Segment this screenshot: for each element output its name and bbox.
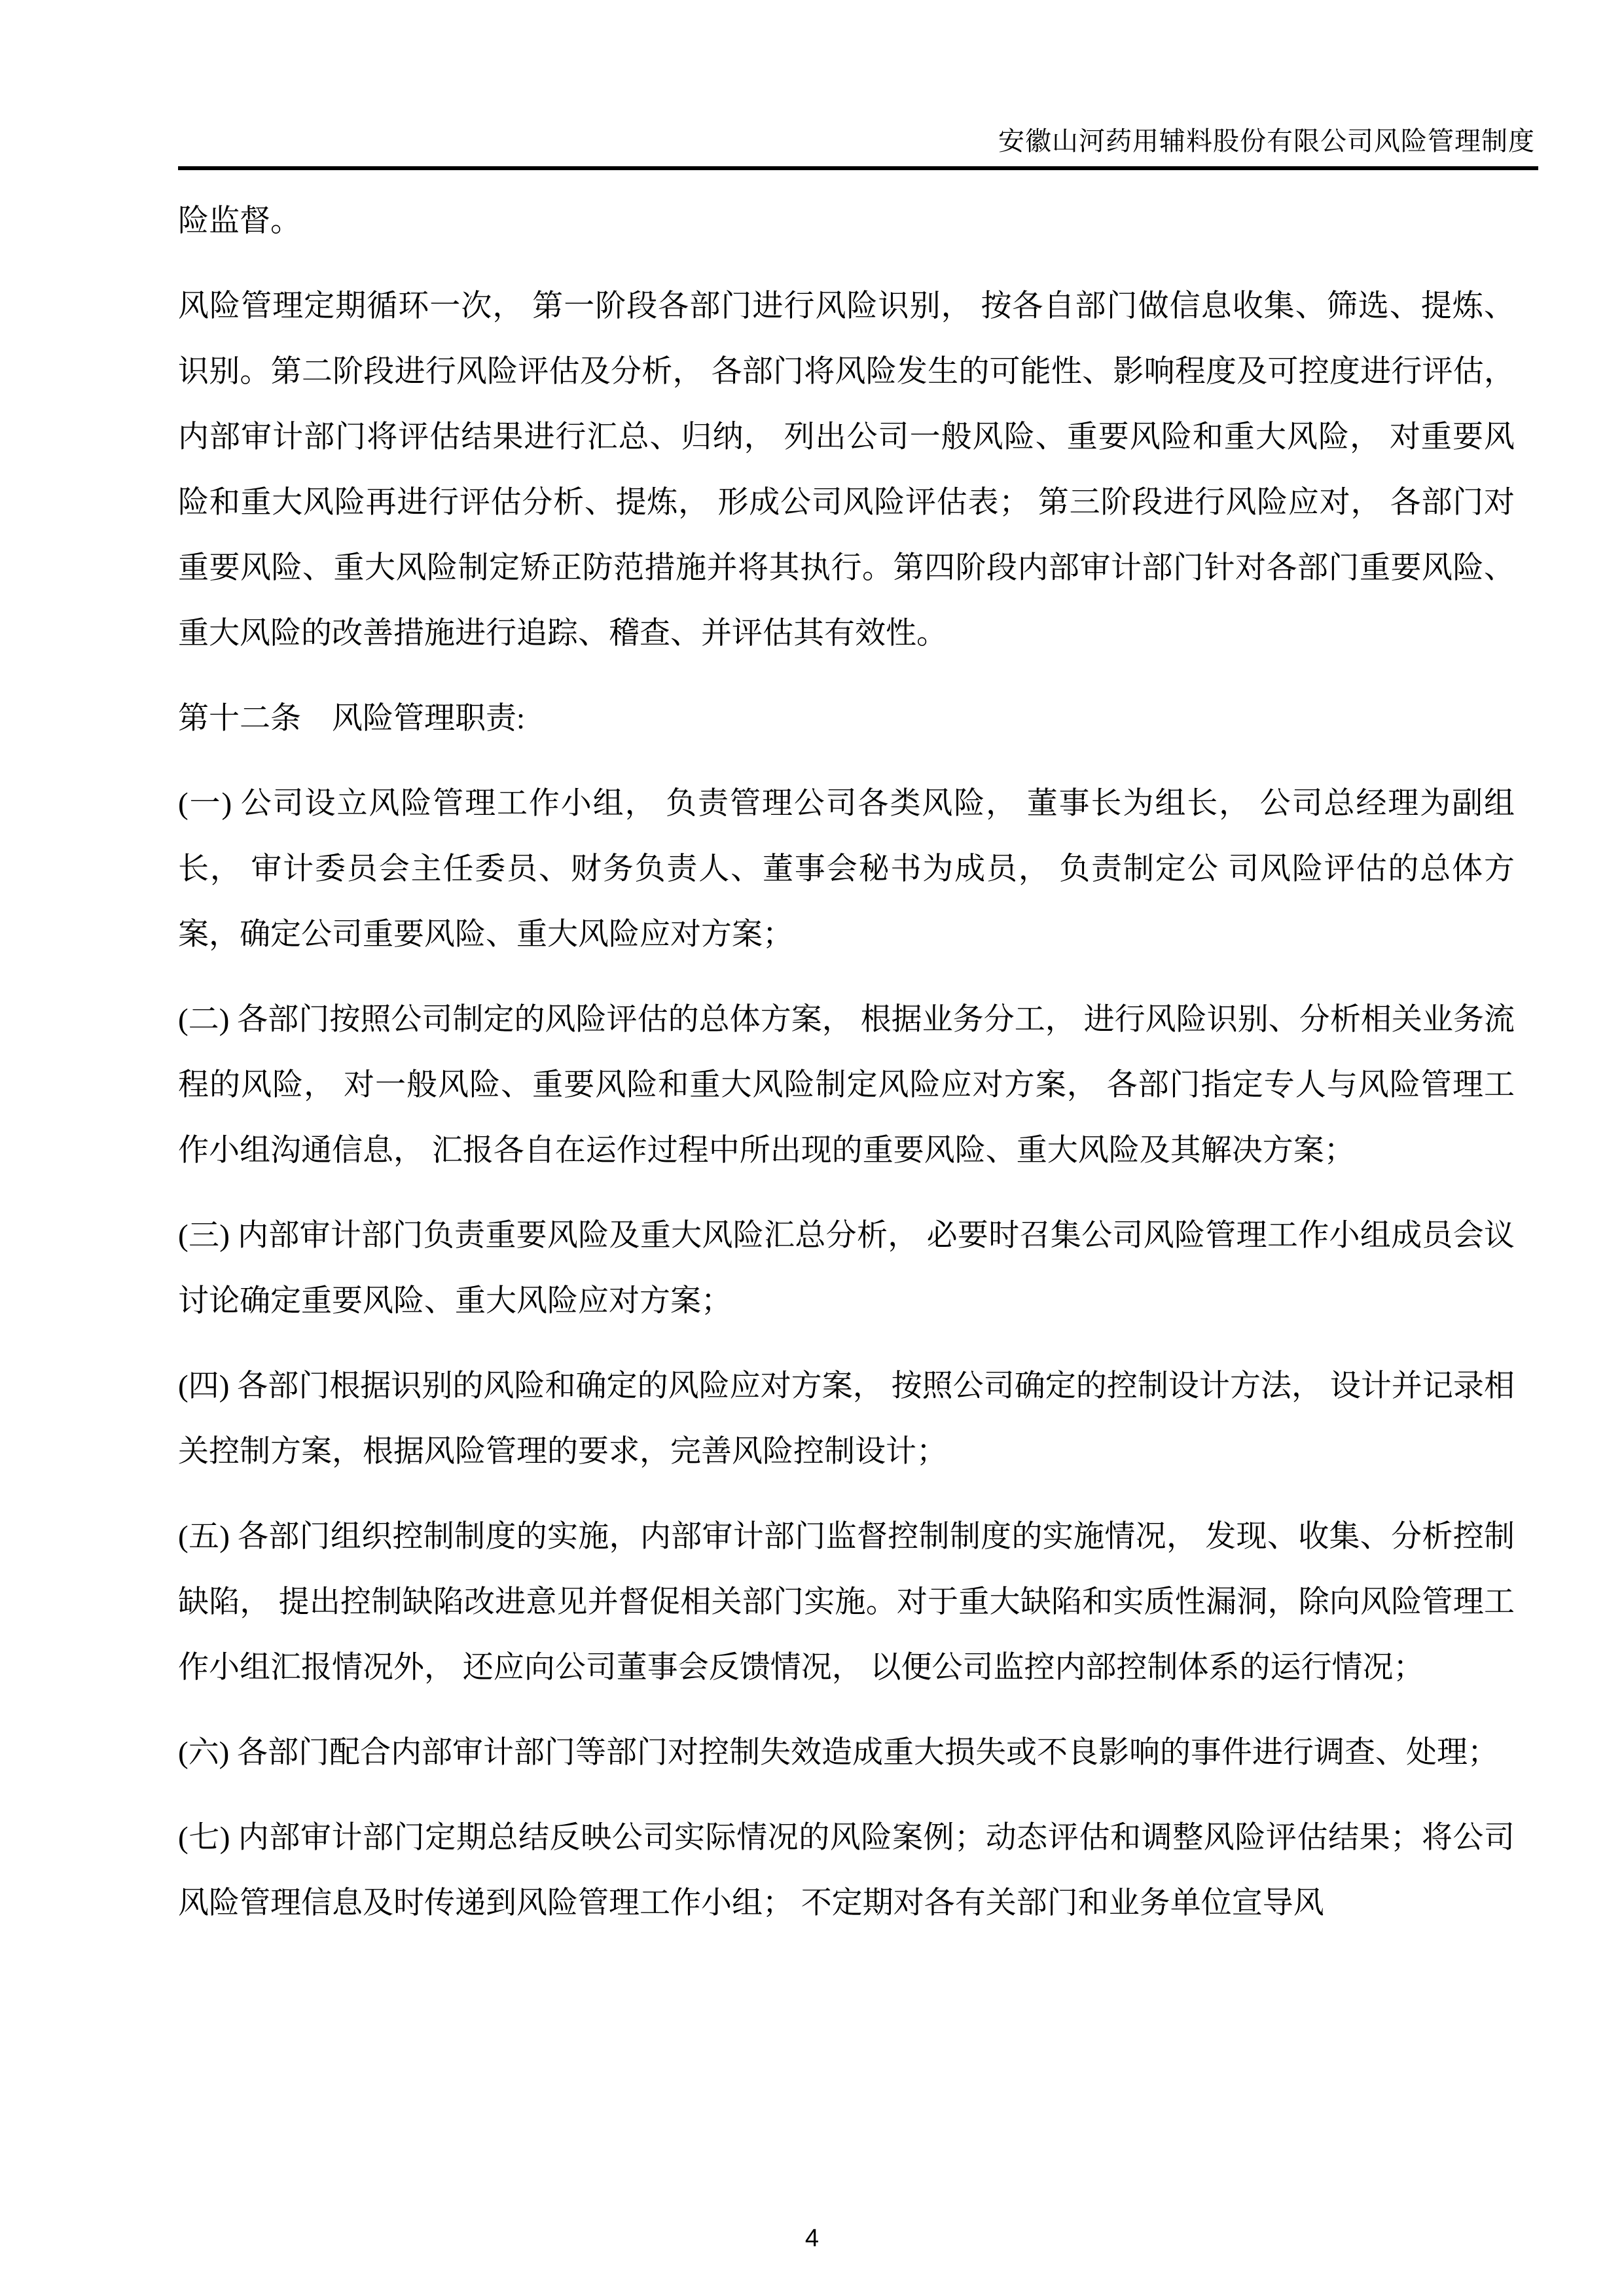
document-page: 安徽山河药用辅料股份有限公司风险管理制度 险监督。 风险管理定期循环一次， 第一…: [0, 0, 1624, 2296]
list-item-7: (七) 内部审计部门定期总结反映公司实际情况的风险案例；动态评估和调整风险评估结…: [178, 1805, 1515, 1936]
list-item-6: (六) 各部门配合内部审计部门等部门对控制失效造成重大损失或不良影响的事件进行调…: [178, 1720, 1515, 1785]
list-item-5: (五) 各部门组织控制制度的实施，内部审计部门监督控制制度的实施情况， 发现、收…: [178, 1504, 1515, 1700]
paragraph-risk-cycle: 风险管理定期循环一次， 第一阶段各部门进行风险识别， 按各自部门做信息收集、筛选…: [178, 274, 1515, 666]
list-item-1: (一) 公司设立风险管理工作小组， 负责管理公司各类风险， 董事长为组长， 公司…: [178, 771, 1515, 967]
clause-heading-article-12: 第十二条 风险管理职责:: [178, 686, 1515, 751]
header-divider: [178, 166, 1538, 170]
list-item-4: (四) 各部门根据识别的风险和确定的风险应对方案， 按照公司确定的控制设计方法，…: [178, 1354, 1515, 1484]
page-header: 安徽山河药用辅料股份有限公司风险管理制度: [178, 123, 1535, 160]
paragraph-continuation: 险监督。: [178, 188, 1515, 254]
page-number: 4: [805, 2225, 819, 2252]
page-footer: 4: [0, 2225, 1624, 2253]
list-item-3: (三) 内部审计部门负责重要风险及重大风险汇总分析， 必要时召集公司风险管理工作…: [178, 1203, 1515, 1334]
header-title: 安徽山河药用辅料股份有限公司风险管理制度: [998, 126, 1535, 156]
document-body: 险监督。 风险管理定期循环一次， 第一阶段各部门进行风险识别， 按各自部门做信息…: [178, 188, 1515, 1936]
list-item-2: (二) 各部门按照公司制定的风险评估的总体方案， 根据业务分工， 进行风险识别、…: [178, 987, 1515, 1183]
